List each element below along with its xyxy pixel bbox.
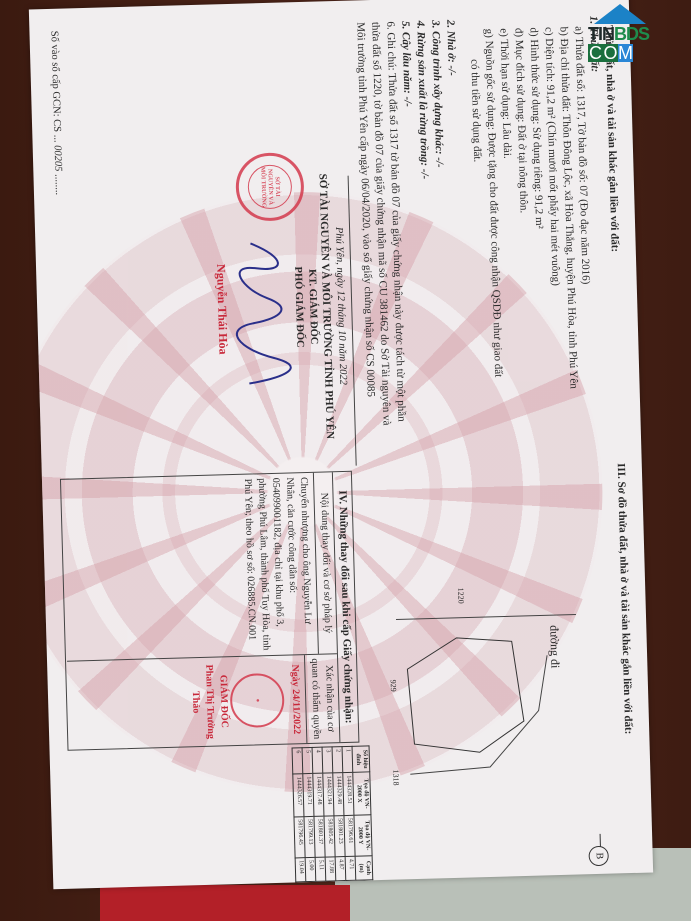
table-cell: 1: [342, 746, 353, 773]
parcel-label-1220: 1220: [456, 587, 465, 603]
logo-m: M: [618, 44, 633, 62]
table-cell: 581796.61: [343, 815, 354, 856]
registry-number: Số vào sổ cấp GCN: CS ... 00205 ........: [48, 30, 64, 194]
table-cell: 581799.13: [303, 816, 314, 857]
table-cell: 1444317.48: [312, 773, 323, 816]
land-use-certificate-page: I. Thửa đất, nhà ở và tài sản khác gắn l…: [28, 0, 652, 889]
confirm-title: GIÁM ĐỐC: [215, 661, 231, 741]
north-arrow-icon: B: [588, 845, 609, 866]
table-cell: 581805.42: [323, 815, 334, 856]
table-cell: 1444319.71: [302, 773, 313, 816]
confirm-signer: Phan Thị Trường Thảo: [187, 661, 217, 742]
table-cell: 5.11: [315, 857, 326, 881]
table-cell: 17.88: [325, 856, 336, 880]
road-label: đường đi: [546, 624, 562, 668]
table-cell: 19.04: [295, 857, 306, 881]
table-cell: 5.00: [305, 857, 316, 881]
table-cell: 581801.23: [333, 815, 344, 856]
seal-text: SỞ TÀI NGUYÊN VÀ MÔI TRƯỜNG: [247, 164, 292, 209]
red-seal-2: ●: [229, 672, 284, 727]
parcel-map: B đường đi 1220 1318 929: [371, 463, 612, 869]
col-edge: Cạnh (m): [355, 855, 373, 879]
table-cell: 4.71: [345, 856, 356, 880]
table-cell: 1444329.48: [332, 772, 343, 815]
house-roof-icon: [594, 4, 646, 24]
registry-label: Số vào sổ cấp GCN: CS: [48, 30, 62, 131]
table-cell: 2: [332, 746, 343, 773]
red-official-seal: SỞ TÀI NGUYÊN VÀ MÔI TRƯỜNG: [234, 151, 304, 221]
confirm-date: Ngày 24/11/2022: [287, 659, 303, 739]
logo-c: C: [588, 44, 603, 62]
change-content: Chuyển nhượng cho ông Nguyễn Lư Nhân, că…: [240, 476, 315, 651]
registry-value: 00205: [51, 145, 63, 172]
red-cover: [100, 885, 350, 921]
table-cell: 3: [322, 746, 333, 773]
section-changes: IV. Những thay đổi sau khi cấp Giấy chứn…: [59, 470, 358, 750]
col-x: Tọa độ VN-2000 X: [352, 772, 370, 815]
table-cell: 1444328.51: [342, 772, 353, 815]
tinbds-logo: TINBDS C O M: [586, 4, 650, 62]
table-cell: 5: [302, 747, 313, 774]
table-cell: 581801.37: [313, 816, 324, 857]
section-diagram: III. Sơ đồ thửa đất, nhà ở và tài sản kh…: [612, 463, 638, 863]
table-cell: 4.87: [335, 856, 346, 880]
change-content-header: Nội dung thay đổi và cơ sở pháp lý: [312, 472, 334, 653]
parcel-label-1318: 1318: [391, 769, 400, 785]
col-vertex: Số hiệu đỉnh: [352, 745, 370, 772]
table-cell: 1444326.57: [292, 774, 303, 817]
table-cell: 6: [292, 747, 303, 774]
col-y: Tọa độ VN-2000 Y: [353, 814, 371, 855]
coordinate-table: Số hiệu đỉnh Tọa độ VN-2000 X Tọa độ VN-…: [291, 745, 373, 882]
section-III-title: III. Sơ đồ thửa đất, nhà ở và tài sản kh…: [612, 463, 638, 863]
table-cell: 581796.45: [293, 816, 304, 857]
logo-bds: BDS: [614, 24, 649, 44]
parcel-diagram: [371, 463, 612, 869]
section-land-parcel: I. Thửa đất, nhà ở và tài sản khác gắn l…: [352, 15, 627, 452]
parcel-label-929: 929: [388, 679, 397, 691]
logo-o: O: [603, 44, 618, 62]
table-cell: 1444321.94: [322, 773, 333, 816]
table-cell: 4: [312, 747, 323, 774]
handwritten-signature: [230, 237, 294, 389]
confirm-header: Xác nhận của cơ quan có thẩm quyền: [303, 654, 336, 743]
logo-tin: TIN: [588, 24, 614, 44]
